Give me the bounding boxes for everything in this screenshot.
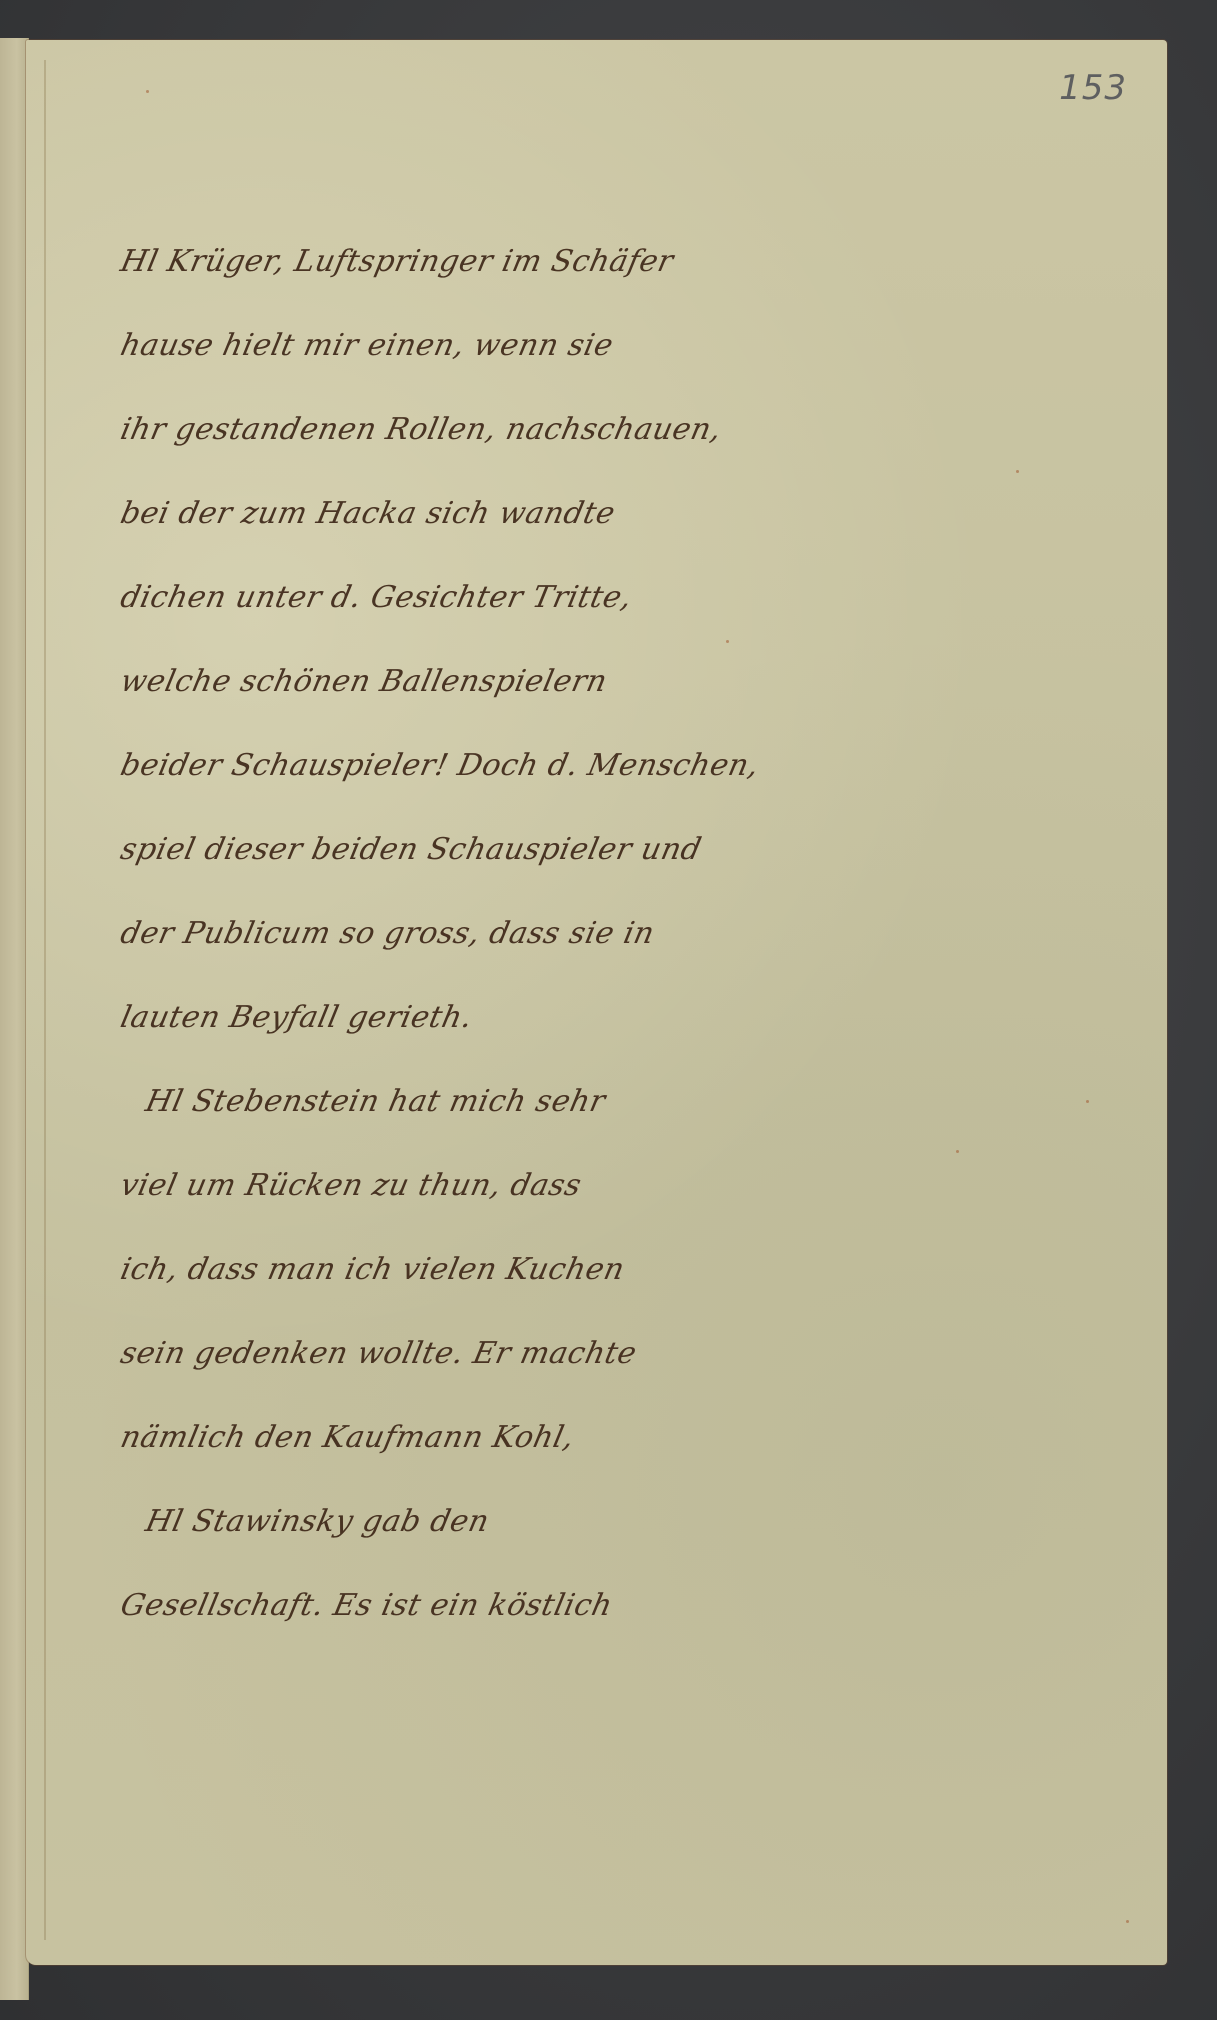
- paper-fleck: [1126, 1920, 1129, 1923]
- text-line: Hl Krüger, Luftspringer im Schäfer: [112, 220, 850, 304]
- paper-fleck: [1016, 470, 1019, 473]
- paper-fleck: [1086, 1100, 1089, 1103]
- text-line: Hl Stebenstein hat mich sehr: [112, 1060, 850, 1144]
- text-line: der Publicum so gross, dass sie in: [112, 892, 850, 976]
- text-line: bei der zum Hacka sich wandte: [112, 472, 850, 556]
- text-line: nämlich den Kaufmann Kohl,: [112, 1396, 850, 1480]
- paper-fleck: [146, 90, 149, 93]
- handwritten-text: Hl Krüger, Luftspringer im Schäfer hause…: [121, 220, 841, 1648]
- text-line: viel um Rücken zu thun, dass: [112, 1144, 850, 1228]
- text-line: ihr gestandenen Rollen, nachschauen,: [112, 388, 850, 472]
- previous-page-edge: [0, 38, 29, 2000]
- text-line: dichen unter d. Gesichter Tritte,: [112, 556, 850, 640]
- text-line: beider Schauspieler! Doch d. Menschen,: [112, 724, 850, 808]
- text-line: Gesellschaft. Es ist ein köstlich: [112, 1564, 850, 1648]
- text-line: sein gedenken wollte. Er machte: [112, 1312, 850, 1396]
- text-line: Hl Stawinsky gab den: [112, 1480, 850, 1564]
- text-line: spiel dieser beiden Schauspieler und: [112, 808, 850, 892]
- paper-fleck: [956, 1150, 959, 1153]
- manuscript-page: 153 Hl Krüger, Luftspringer im Schäfer h…: [26, 40, 1167, 1965]
- text-line: ich, dass man ich vielen Kuchen: [112, 1228, 850, 1312]
- text-line: lauten Beyfall gerieth.: [112, 976, 850, 1060]
- text-line: welche schönen Ballenspielern: [112, 640, 850, 724]
- text-line: hause hielt mir einen, wenn sie: [112, 304, 850, 388]
- folio-number: 153: [1059, 68, 1127, 108]
- page-fold-line: [44, 60, 46, 1940]
